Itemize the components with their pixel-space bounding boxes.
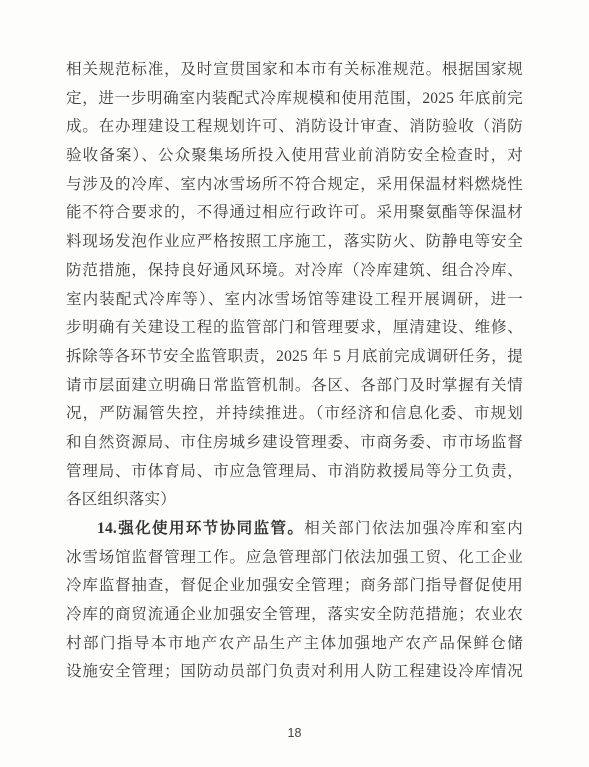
- text-line: 步明确有关建设工程的监管部门和管理要求，厘清建设、维修、: [66, 314, 523, 343]
- text-line: 室内装配式冷库等）、室内冰雪场馆等建设工程开展调研，进一: [66, 286, 523, 315]
- text-line: 和自然资源局、市住房城乡建设管理委、市商务委、市市场监督: [66, 429, 523, 458]
- body-text: 相关规范标准，及时宣贯国家和本市有关标准规范。根据国家规 定，进一步明确室内装配…: [66, 56, 523, 687]
- text-line: 设施安全管理；国防动员部门负责对利用人防工程建设冷库情况: [66, 658, 523, 687]
- text-line: 成。在办理建设工程规划许可、消防设计审查、消防验收（消防: [66, 113, 523, 142]
- text-line: 冰雪场馆监督管理工作。应急管理部门依法加强工贸、化工企业: [66, 544, 523, 573]
- text-line: 相关规范标准，及时宣贯国家和本市有关标准规范。根据国家规: [66, 56, 523, 85]
- text-line: 与涉及的冷库、室内冰雪场所不符合规定，采用保温材料燃烧性: [66, 171, 523, 200]
- text-line: 各区组织落实）: [66, 486, 523, 515]
- text-line: 防范措施，保持良好通风环境。对冷库（冷库建筑、组合冷库、: [66, 257, 523, 286]
- text-line: 能不符合要求的，不得通过相应行政许可。采用聚氨酯等保温材: [66, 199, 523, 228]
- text-line: 验收备案）、公众聚集场所投入使用营业前消防安全检查时，对: [66, 142, 523, 171]
- text-line: 拆除等各环节安全监管职责，2025 年 5 月底前完成调研任务，提: [66, 343, 523, 372]
- text-line: 冷库的商贸流通企业加强安全管理，落实安全防范措施；农业农: [66, 601, 523, 630]
- text-line: 定，进一步明确室内装配式冷库规模和使用范围，2025 年底前完: [66, 85, 523, 114]
- text-line: 料现场发泡作业应严格按照工序施工，落实防火、防静电等安全: [66, 228, 523, 257]
- text-line: 况，严防漏管失控，并持续推进。（市经济和信息化委、市规划: [66, 400, 523, 429]
- text-line: 14.强化使用环节协同监管。相关部门依法加强冷库和室内: [66, 515, 523, 544]
- text-line: 管理局、市体育局、市应急管理局、市消防救援局等分工负责，: [66, 458, 523, 487]
- text-line: 村部门指导本市地产农产品生产主体加强地产农产品保鲜仓储: [66, 630, 523, 659]
- paragraph-14-heading: 14.强化使用环节协同监管。: [97, 520, 304, 537]
- text-line: 冷库监督抽查，督促企业加强安全管理；商务部门指导督促使用: [66, 572, 523, 601]
- paragraph-13: 相关规范标准，及时宣贯国家和本市有关标准规范。根据国家规 定，进一步明确室内装配…: [66, 56, 523, 515]
- page-number: 18: [0, 726, 589, 740]
- document-page: 相关规范标准，及时宣贯国家和本市有关标准规范。根据国家规 定，进一步明确室内装配…: [0, 0, 589, 767]
- paragraph-14: 14.强化使用环节协同监管。相关部门依法加强冷库和室内 冰雪场馆监督管理工作。应…: [66, 515, 523, 687]
- paragraph-14-first-line-text: 相关部门依法加强冷库和室内: [304, 520, 523, 537]
- text-line: 请市层面建立明确日常监管机制。各区、各部门及时掌握有关情: [66, 372, 523, 401]
